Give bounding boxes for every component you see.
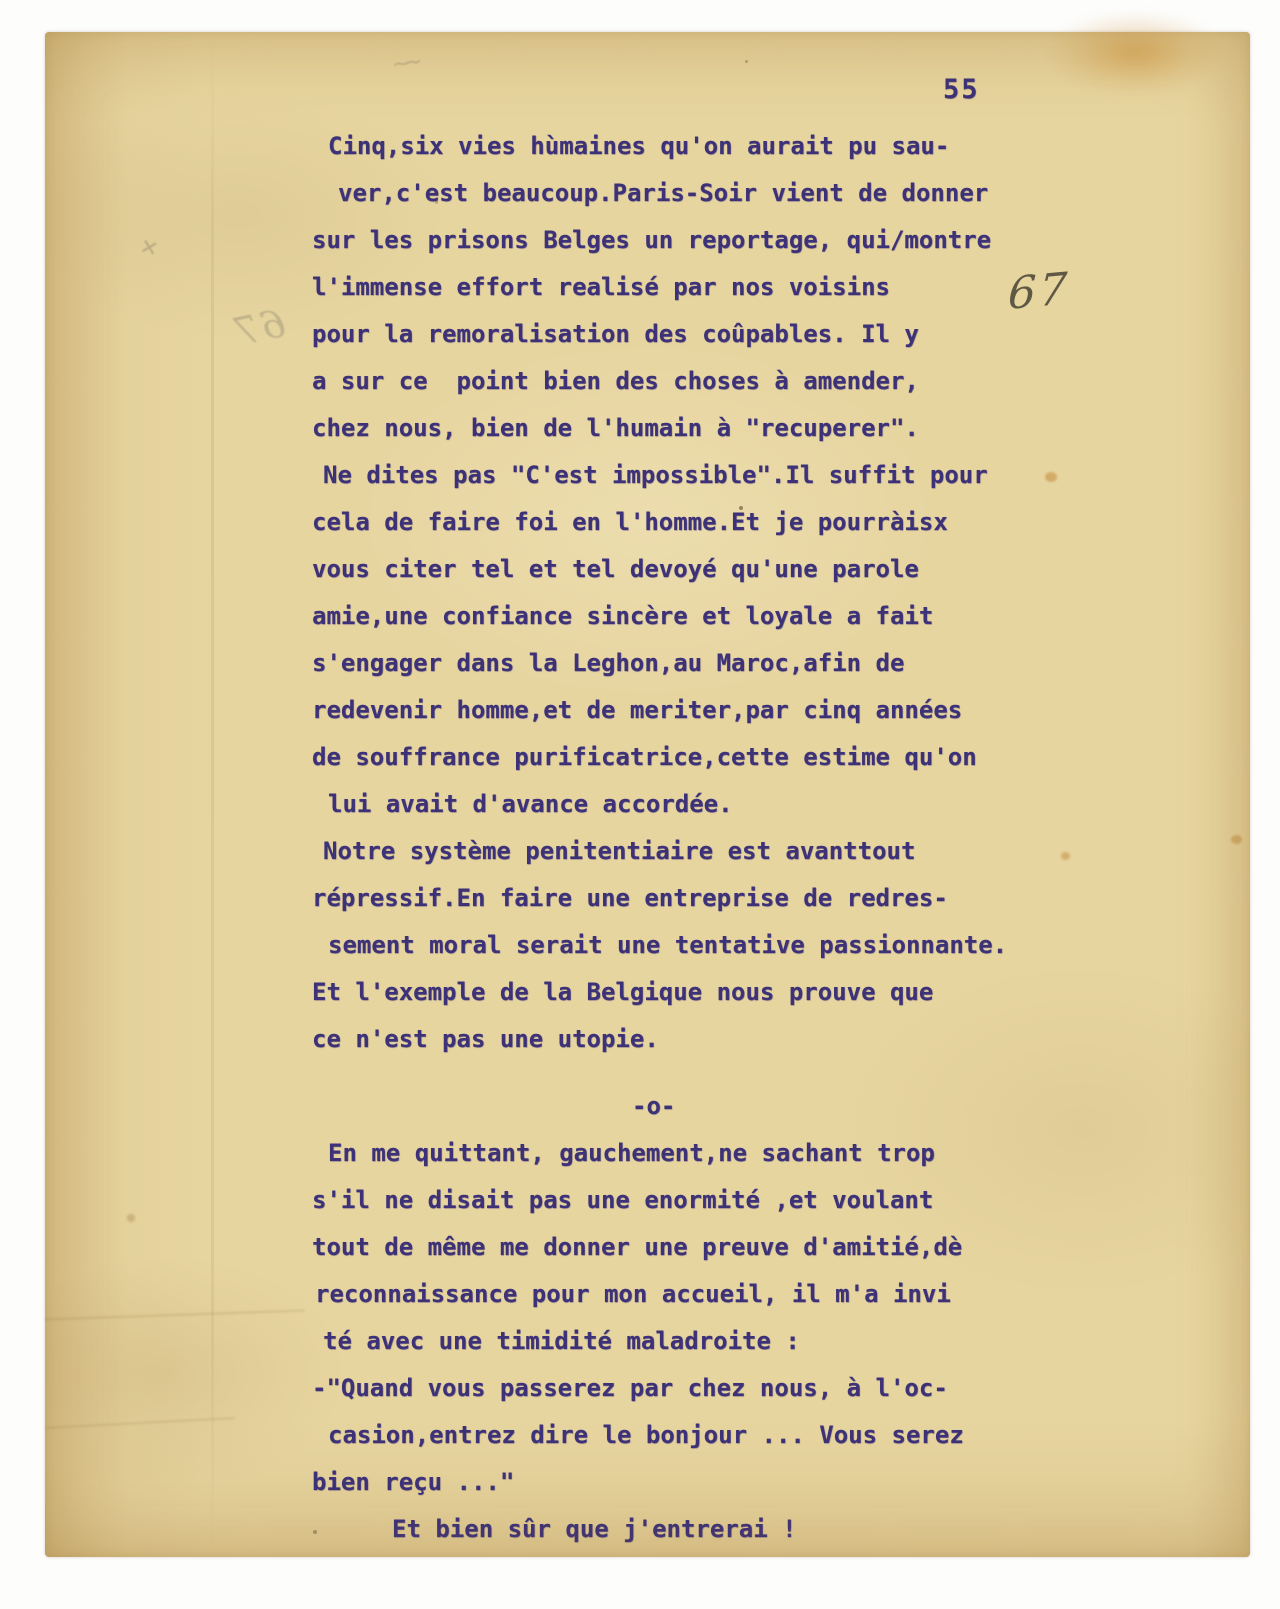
typed-text-block: Cinq,six vies hùmaines qu'on aurait pu s… [312, 123, 1072, 1553]
paper-spot [1231, 835, 1242, 844]
typed-line: pour la remoralisation des coûpables. Il… [312, 311, 1072, 358]
paper-speck [745, 60, 748, 63]
typed-line: tout de même me donner une preuve d'amit… [312, 1224, 1072, 1271]
paper-crease [45, 1417, 235, 1429]
typed-line: sement moral serait une tentative passio… [328, 922, 1072, 969]
typed-line: l'immense effort realisé par nos voisins [312, 264, 1072, 311]
typed-line: a sur ce point bien des choses à amender… [312, 358, 1072, 405]
typed-line: sur les prisons Belges un reportage, qui… [312, 217, 1072, 264]
typed-line: En me quittant, gauchement,ne sachant tr… [328, 1130, 1072, 1177]
typescript-page: 55 67 67 × ~~ Cinq,six vies hùmaines qu'… [45, 32, 1250, 1557]
typed-line: Notre système penitentiaire est avanttou… [323, 828, 1072, 875]
typed-line: ce n'est pas une utopie. [312, 1016, 1072, 1063]
paper-crease [211, 32, 214, 1557]
typed-line: Ne dites pas "C'est impossible".Il suffi… [323, 452, 1072, 499]
pencil-squiggle-mark: ~~ [391, 46, 420, 79]
typed-line: Et l'exemple de la Belgique nous prouve … [312, 969, 1072, 1016]
pencil-showthrough-mark: 67 [229, 301, 289, 355]
typed-line: de souffrance purificatrice,cette estime… [312, 734, 1072, 781]
typed-line: reconnaissance pour mon accueil, il m'a … [315, 1271, 1072, 1318]
typed-line: répressif.En faire une entreprise de red… [312, 875, 1072, 922]
paper-spot [127, 1214, 135, 1222]
typed-line: amie,une confiance sincère et loyale a f… [312, 593, 1072, 640]
typed-line: cela de faire foi en l'homme.Et je pourr… [312, 499, 1072, 546]
typed-line: chez nous, bien de l'humain à "recuperer… [312, 405, 1072, 452]
typed-line: bien reçu ..." [312, 1459, 1072, 1506]
pencil-cross-mark: × [137, 228, 161, 264]
typed-line: redevenir homme,et de meriter,par cinq a… [312, 687, 1072, 734]
typed-line: Cinq,six vies hùmaines qu'on aurait pu s… [328, 123, 1072, 170]
typed-line: ver,c'est beaucoup.Paris-Soir vient de d… [338, 170, 1072, 217]
paper-stain [1045, 10, 1225, 95]
typed-line: lui avait d'avance accordée. [328, 781, 1072, 828]
paper-crease [45, 1309, 305, 1320]
typed-line: Et bien sûr que j'entrerai ! [392, 1506, 1072, 1553]
typed-line: vous citer tel et tel devoyé qu'une paro… [312, 546, 1072, 593]
page-number: 55 [943, 74, 980, 105]
typed-line: s'il ne disait pas une enormité ,et voul… [312, 1177, 1072, 1224]
typed-line: casion,entrez dire le bonjour ... Vous s… [328, 1412, 1072, 1459]
typed-line: té avec une timidité maladroite : [323, 1318, 1072, 1365]
typed-line: s'engager dans la Leghon,au Maroc,afin d… [312, 640, 1072, 687]
typed-line: -"Quand vous passerez par chez nous, à l… [312, 1365, 1072, 1412]
section-separator: -o- [632, 1083, 1072, 1130]
